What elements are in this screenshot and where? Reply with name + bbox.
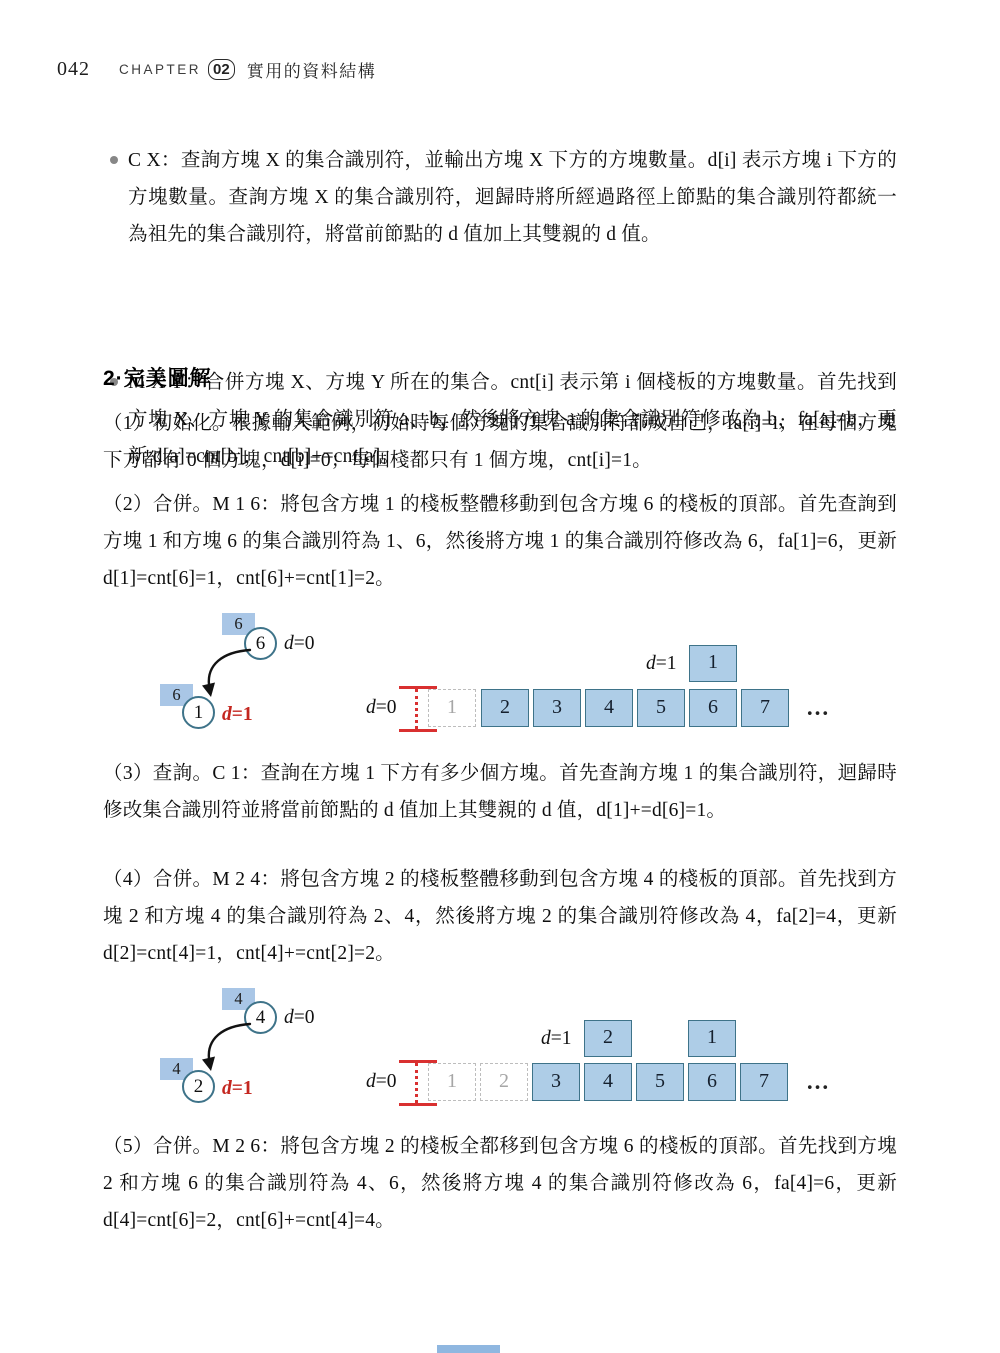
block: 3 [532, 1063, 580, 1101]
paragraph-2: （2）合併。M 1 6：將包含方塊 1 的棧板整體移動到包含方塊 6 的棧板的頂… [103, 486, 897, 597]
page-header: 042 CHAPTER 02 實用的資料結構 [57, 57, 376, 82]
block: 7 [740, 1063, 788, 1101]
d-value-label: d=0 [284, 1001, 315, 1034]
bullet-item-c-operation: C X：查詢方塊 X 的集合識別符，並輸出方塊 X 下方的方塊數量。d[i] 表… [103, 142, 897, 253]
ellipsis: … [806, 1063, 831, 1101]
paragraph-3: （3）查詢。C 1：查詢在方塊 1 下方有多少個方塊。首先查詢方塊 1 的集合識… [103, 755, 897, 829]
book-page: 042 CHAPTER 02 實用的資料結構 C X：查詢方塊 X 的集合識別符… [0, 0, 1000, 1353]
block: 6 [688, 1063, 736, 1101]
row-d-label: d=0 [366, 691, 397, 724]
d-value-label-updated: d=1 [222, 698, 253, 731]
block: 4 [585, 689, 633, 727]
paragraph-1: （1）初始化。根據輸入範例，初始時每個方塊的集合識別符都成自己，fa[i]=i；… [103, 405, 897, 479]
block: 6 [689, 689, 737, 727]
stacked-block: 1 [689, 645, 737, 682]
page-number: 042 [57, 58, 90, 81]
block: 5 [637, 689, 685, 727]
d-value-label: d=0 [284, 627, 315, 660]
block: 3 [533, 689, 581, 727]
section-heading: 2·完美圖解 [103, 362, 212, 396]
row-d-label: d=0 [366, 1065, 397, 1098]
ghost-block: 2 [480, 1063, 528, 1101]
d-value-label-updated: d=1 [222, 1072, 253, 1105]
diagram-merge-1-6: 6 6 d=0 6 1 d=1 d=0 1 2 3 4 5 6 7 … d=1 … [0, 606, 1000, 756]
paragraph-5: （5）合併。M 2 6：將包含方塊 2 的棧板全都移到包含方塊 6 的棧板的頂部… [103, 1128, 897, 1239]
merge-arrow-icon [196, 1019, 260, 1077]
bullet-text: C X：查詢方塊 X 的集合識別符，並輸出方塊 X 下方的方塊數量。d[i] 表… [128, 150, 897, 245]
stacked-block: 1 [688, 1020, 736, 1057]
paragraph-4: （4）合併。M 2 4：將包含方塊 2 的棧板整體移動到包含方塊 4 的棧板的頂… [103, 861, 897, 972]
chapter-number-badge: 02 [208, 59, 235, 80]
tree-node-child: 1 [182, 696, 215, 729]
block: 4 [584, 1063, 632, 1101]
chapter-title: 實用的資料結構 [247, 57, 377, 82]
page-bottom-decoration [437, 1345, 500, 1353]
chapter-label: CHAPTER [119, 62, 201, 77]
stacked-d-label: d=1 [541, 1022, 572, 1055]
block: 7 [741, 689, 789, 727]
tree-node-child: 2 [182, 1070, 215, 1103]
ghost-block: 1 [428, 1063, 476, 1101]
bullet-dot-icon [110, 156, 118, 164]
stacked-block: 2 [584, 1020, 632, 1057]
block: 2 [481, 689, 529, 727]
diagram-merge-2-4: 4 4 d=0 4 2 d=1 d=0 1 2 3 4 5 6 7 … d=1 … [0, 981, 1000, 1131]
block: 5 [636, 1063, 684, 1101]
ghost-block: 1 [428, 689, 476, 727]
stacked-d-label: d=1 [646, 647, 677, 680]
ellipsis: … [806, 689, 831, 727]
merge-arrow-icon [196, 645, 260, 703]
